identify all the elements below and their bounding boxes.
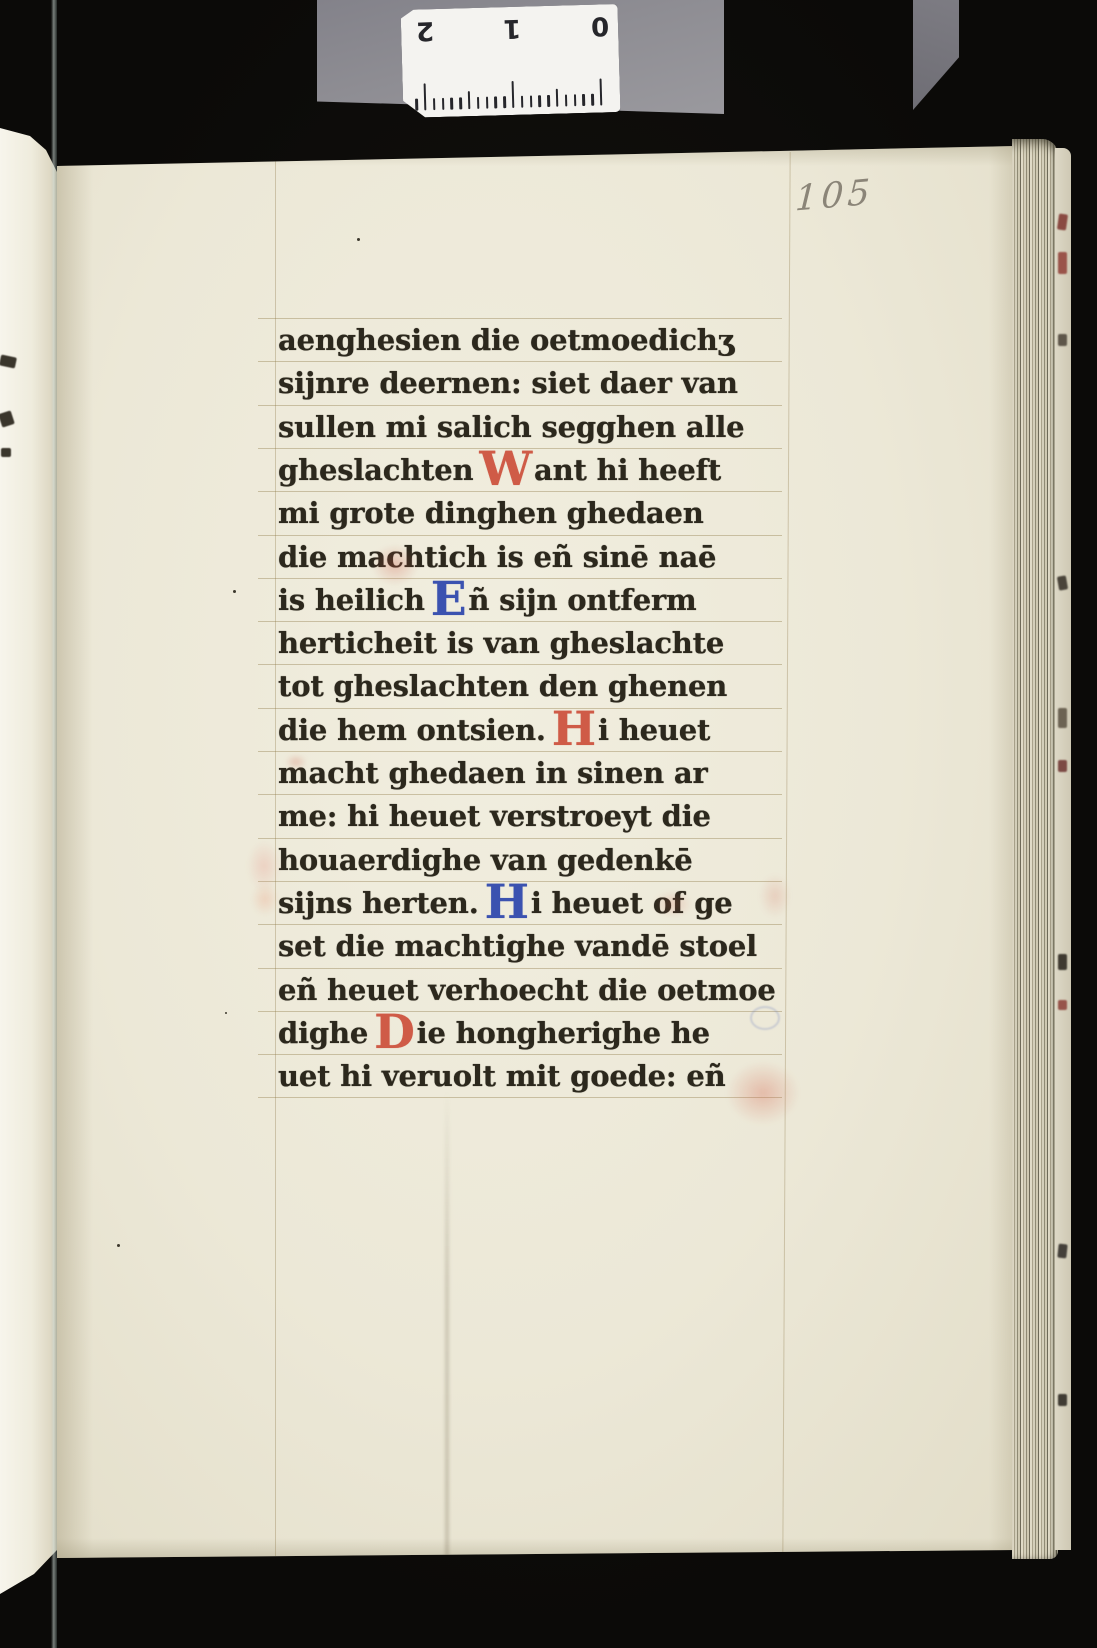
- leaf-edge-mark: [1058, 334, 1067, 346]
- leaf-edge-mark: [1057, 575, 1068, 590]
- line-text: ant hi heeft: [534, 453, 721, 487]
- manuscript-line: digheDie hongherighe he: [278, 1012, 710, 1056]
- line-text: houaerdighe van gedenkē: [278, 843, 693, 877]
- ruler-tick: [538, 95, 541, 107]
- ruler-tick: [468, 91, 471, 109]
- ruler-tick: [450, 98, 453, 110]
- show-through-mark: [750, 1006, 780, 1030]
- ruler-tick: [547, 95, 550, 107]
- ruler-tick: [530, 95, 533, 107]
- line-text: aenghesien die oetmoedichʒ: [278, 323, 734, 357]
- photo-backdrop: 210 105 aenghesien die oetmoedichʒsijnre…: [0, 0, 1097, 1648]
- ruler-tick: [424, 83, 427, 110]
- manuscript-line: gheslachtenWant hi heeft: [278, 449, 721, 493]
- illuminated-initial: D: [374, 1018, 415, 1048]
- ruler-tick: [582, 94, 585, 106]
- measurement-ruler: 210: [401, 4, 621, 118]
- facing-page-edge: [0, 126, 57, 1596]
- line-text: sullen mi salich segghen alle: [278, 410, 744, 444]
- leaf-edge-mark: [1058, 1000, 1067, 1010]
- manuscript-line: aenghesien die oetmoedichʒ: [278, 319, 734, 363]
- illuminated-initial: E: [431, 585, 467, 615]
- line-text: sijnre deernen: siet daer van: [278, 366, 738, 400]
- ruler-tick: [415, 99, 418, 111]
- line-text: mi grote dinghen ghedaen: [278, 496, 704, 530]
- speck: [117, 1244, 120, 1247]
- show-through-mark: [285, 754, 307, 770]
- ruler-tick: [477, 97, 480, 109]
- speck: [225, 1012, 227, 1014]
- line-text: tot gheslachten den ghenen: [278, 669, 727, 703]
- line-text: ie hongherighe he: [417, 1016, 710, 1050]
- manuscript-line: macht ghedaen in sinen ar: [278, 752, 708, 796]
- line-text: gheslachten: [278, 453, 473, 487]
- manuscript-line: is heilichEñ sijn ontferm: [278, 579, 697, 623]
- line-text: i heuet: [598, 713, 710, 747]
- glass-plate-edge: [51, 0, 57, 1648]
- ruler-number: 2: [414, 15, 437, 46]
- ruler-tick: [459, 97, 462, 109]
- illuminated-initial: H: [485, 888, 529, 918]
- illuminated-initial: H: [552, 715, 596, 745]
- manuscript-line: me: hi heuet verstroeyt die: [278, 795, 711, 839]
- leaf-edges: [1055, 148, 1071, 1550]
- show-through-mark: [759, 874, 791, 918]
- line-text: macht ghedaen in sinen ar: [278, 756, 708, 790]
- line-text: die machtich is eñ sinē naē: [278, 540, 716, 574]
- leaf-edge-mark: [1057, 213, 1068, 230]
- manuscript-line: sijnre deernen: siet daer van: [278, 362, 738, 406]
- illuminated-initial: W: [479, 455, 532, 485]
- line-text: set die machtighe vandē stoel: [278, 929, 757, 963]
- line-text: eñ heuet verhoecht die oetmoe: [278, 973, 776, 1007]
- ruler-tick: [556, 89, 559, 107]
- leaf-edge-mark: [1058, 954, 1067, 970]
- leaf-edge-mark: [1058, 760, 1067, 772]
- line-text: i heuet of ge: [531, 886, 733, 920]
- line-text: die hem ontsien.: [278, 713, 546, 747]
- speck: [233, 590, 236, 593]
- ruler-tick: [591, 94, 594, 106]
- manuscript-line: herticheit is van gheslachte: [278, 622, 724, 666]
- show-through-mark: [0, 410, 15, 427]
- show-through-mark: [725, 1060, 801, 1126]
- manuscript-line: set die machtighe vandē stoel: [278, 925, 757, 969]
- leaf-edge-mark: [1058, 252, 1067, 274]
- ruler-tick: [433, 98, 436, 110]
- manuscript-line: die hem ontsien.Hi heuet: [278, 709, 710, 753]
- cradle-corner: [913, 0, 959, 110]
- ruler-tick: [600, 78, 603, 105]
- line-text: me: hi heuet verstroeyt die: [278, 799, 711, 833]
- ruler-number: 1: [501, 13, 524, 44]
- show-through-mark: [1, 448, 11, 457]
- line-text: uet hi veruolt mit goede: eñ: [278, 1059, 725, 1093]
- show-through-mark: [0, 354, 17, 368]
- ruler-number: 0: [589, 10, 612, 41]
- ruler-tick: [574, 94, 577, 106]
- leaf-edge-mark: [1057, 1244, 1067, 1259]
- ruler-tick: [442, 98, 445, 110]
- line-text: is heilich: [278, 583, 425, 617]
- ruler-tick: [486, 97, 489, 109]
- show-through-mark: [251, 882, 279, 916]
- line-text: dighe: [278, 1016, 368, 1050]
- ruler-tick: [494, 96, 497, 108]
- leaf-edge-mark: [1058, 708, 1067, 728]
- ruler-tick: [565, 94, 568, 106]
- show-through-mark: [371, 544, 419, 586]
- line-text: ñ sijn ontferm: [468, 583, 696, 617]
- parchment-crease: [445, 1090, 449, 1556]
- line-text: sijns herten.: [278, 886, 479, 920]
- manuscript-line: mi grote dinghen ghedaen: [278, 492, 704, 536]
- ruler-tick: [521, 96, 524, 108]
- manuscript-line: tot gheslachten den ghenen: [278, 665, 727, 709]
- manuscript-line: uet hi veruolt mit goede: eñ: [278, 1055, 725, 1099]
- ruler-tick: [512, 81, 515, 108]
- ruler-tick: [503, 96, 506, 108]
- manuscript-line: eñ heuet verhoecht die oetmoe: [278, 969, 776, 1013]
- manuscript-page: 105 aenghesien die oetmoedichʒsijnre dee…: [57, 146, 1017, 1562]
- leaf-edge-mark: [1058, 1394, 1067, 1406]
- page-stack-fore-edge: [1012, 139, 1058, 1559]
- show-through-mark: [653, 890, 693, 918]
- text-block: aenghesien die oetmoedichʒsijnre deernen…: [57, 146, 1017, 1562]
- manuscript-line: die machtich is eñ sinē naē: [278, 536, 716, 580]
- speck: [357, 238, 360, 241]
- line-text: herticheit is van gheslachte: [278, 626, 724, 660]
